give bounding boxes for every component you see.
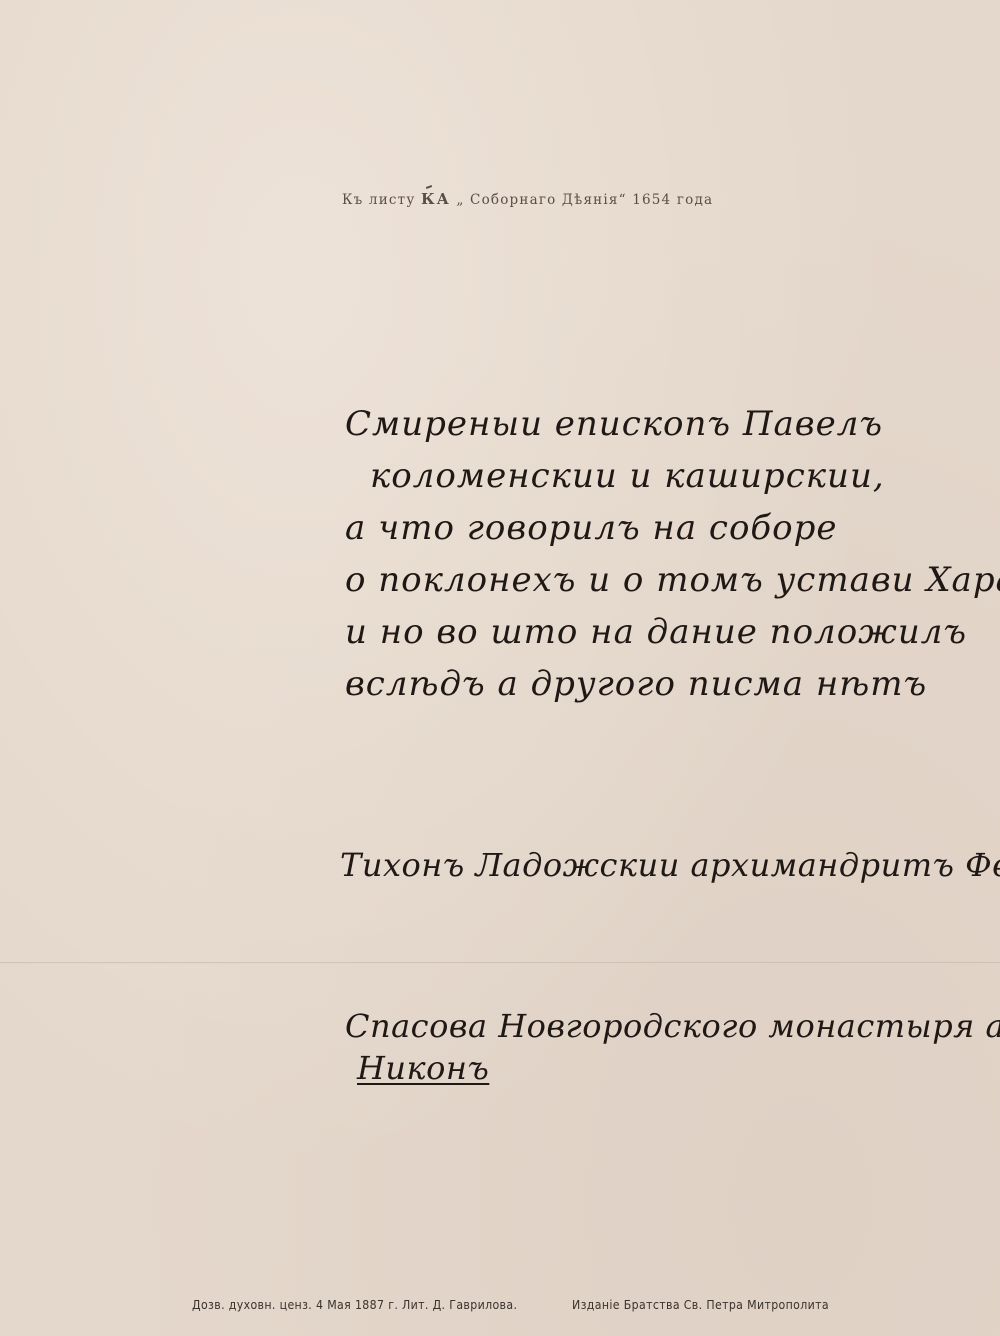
manuscript-line: о поклонехъ и о томъ устави Хараше bbox=[345, 554, 1000, 606]
censorship-note: Дозв. духовн. ценз. 4 Мая 1887 г. Лит. Д… bbox=[192, 1297, 517, 1312]
document-page: Къ листу КА „ Соборнаго Дѣянія“ 1654 год… bbox=[0, 0, 1000, 1336]
publisher-note: Изданіе Братства Св. Петра Митрополита bbox=[572, 1297, 829, 1312]
paper-fold-line bbox=[0, 962, 1000, 964]
signature-line: Спасова Новгородского монастыря архиманд… bbox=[345, 1005, 1000, 1047]
manuscript-line: а что говорилъ на соборе bbox=[345, 502, 1000, 554]
manuscript-line: вслѣдъ а другого писма нѣтъ bbox=[345, 658, 1000, 710]
sheet-number: КА bbox=[421, 190, 451, 208]
manuscript-line: коломенскии и каширскии, bbox=[345, 450, 1000, 502]
header-caption: Къ листу КА „ Соборнаго Дѣянія“ 1654 год… bbox=[342, 190, 822, 208]
manuscript-line: и но во што на дание положилъ bbox=[345, 606, 1000, 658]
signature-nikon: Спасова Новгородского монастыря архиманд… bbox=[345, 1005, 1000, 1089]
signature-name: Никонъ bbox=[345, 1047, 1000, 1089]
header-prefix: Къ листу bbox=[342, 192, 415, 208]
header-suffix: „ Соборнаго Дѣянія“ 1654 года bbox=[456, 192, 713, 208]
manuscript-line: Смиреныи епископъ Павелъ bbox=[345, 398, 1000, 450]
handwritten-statement: Смиреныи епископъ Павелъ коломенскии и к… bbox=[345, 398, 1000, 710]
signature-tikhon: Тихонъ Ладожскии архимандритъ Ферапонтов bbox=[340, 843, 1000, 887]
